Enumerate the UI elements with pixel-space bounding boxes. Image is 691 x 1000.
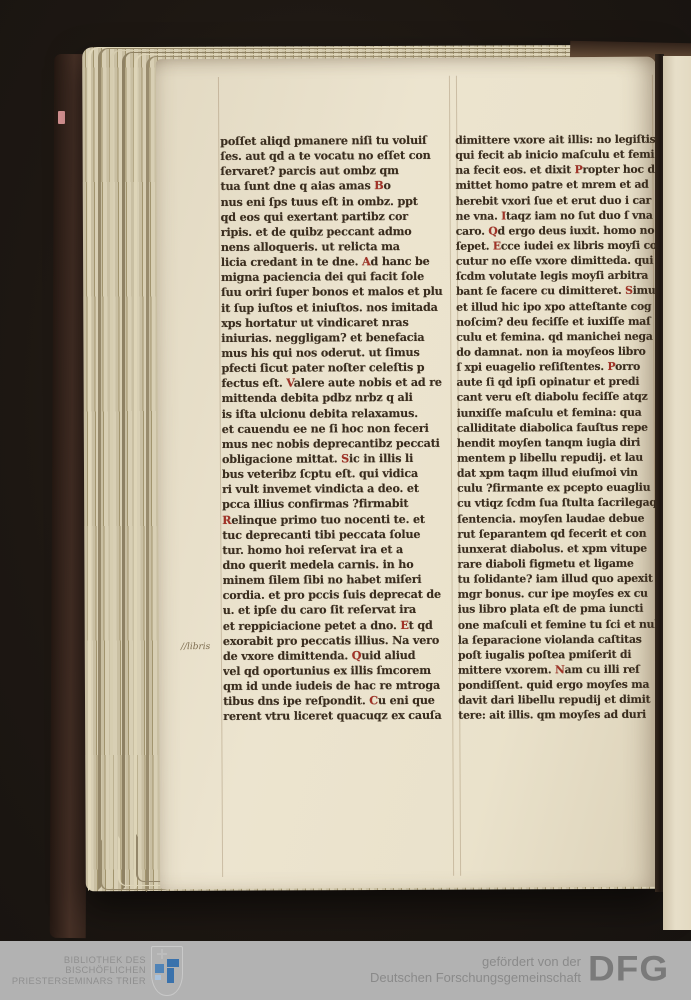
manuscript-line: xps hortatur ut vindicaret nras — [221, 314, 453, 330]
manuscript-line: qm id unde iudeis de hac re mtroga — [223, 678, 455, 694]
manuscript-line: aute ſi qd ipſi opinatur et predi — [456, 374, 656, 390]
manuscript-line: iunxerat diabolus. et xpm vitupe — [457, 540, 657, 556]
manuscript-line: bant ſe facere cu dimitteret. Simul — [456, 283, 656, 299]
manuscript-line: tu ſolidante? iam illud quo apexit — [458, 571, 658, 587]
manuscript-line: mittere vxorem. Nam cu illi reſ — [458, 662, 658, 678]
manuscript-line: vel qd oportunius ex illis ſmcorem — [223, 663, 455, 679]
manuscript-line: cutur no eſſe vxore dimitteda. qui — [456, 253, 656, 269]
funding-line2: Deutschen Forschungsgemeinschaft — [370, 970, 581, 986]
manuscript-line: ſepet. Ecce iudei ex libris moyſi coui — [456, 238, 656, 254]
manuscript-line: ſuu oriri ſuper bonos et malos et plu — [221, 284, 453, 300]
manuscript-line: qui fecit ab inicio maſculu et femi — [455, 147, 655, 163]
manuscript-line: ne vna. Itaqz iam no ſut duo ſ vna — [456, 207, 656, 223]
library-name-line2: BISCHÖFLICHEN — [0, 965, 146, 976]
manuscript-line: cant veru eſt diabolu feciſſe atqz — [457, 389, 657, 405]
manuscript-line: na fecit eos. et dixit Propter hoc di — [455, 162, 655, 178]
manuscript-line: ſ xpi euagelio reſiſtentes. Porro — [456, 359, 656, 375]
footer-banner: BIBLIOTHEK DES BISCHÖFLICHEN PRIESTERSEM… — [0, 941, 691, 1000]
manuscript-line: noſcim? deu feciſſe et iuxiſſe maſ — [456, 313, 656, 329]
manuscript-line: iunxiſſe maſculu et femina: qua — [457, 404, 657, 420]
manuscript-line: et illud hic ipo xpo atteſtante cog — [456, 298, 656, 314]
text-column-left: poſſet aliqd pmanere niſi tu voluiſſes. … — [220, 133, 455, 725]
library-shield-icon — [151, 946, 183, 996]
manuscript-line: rare diaboli figmetu et ligame — [457, 556, 657, 572]
manuscript-line: rut ſeparantem qd fecerit et con — [457, 525, 657, 541]
manuscript-line: it ſup iuſtos et iniuſtos. nos imitada — [221, 299, 453, 315]
manuscript-line: minem ſilem ſibi no habet miſeri — [223, 572, 455, 588]
manuscript-line: pfecti ſicut pater noſter celeſtis p — [221, 360, 453, 376]
cross-icon — [157, 953, 167, 955]
manuscript-line: mittet homo patre et mrem et ad — [455, 177, 655, 193]
manuscript-line: herebit vxori ſue et erut duo i car — [456, 192, 656, 208]
manuscript-line: tua ſunt dne q aias amas Bo — [220, 178, 452, 194]
manuscript-line: ripis. et de quibz peccant admo — [221, 224, 453, 240]
manuscript-line: dat xpm taqm illud eiuſmoi vin — [457, 465, 657, 481]
manuscript-line: mentem p libellu repudij. et lau — [457, 450, 657, 466]
library-name-line1: BIBLIOTHEK DES — [0, 955, 146, 966]
manuscript-line: poſſet aliqd pmanere niſi tu voluiſ — [220, 133, 452, 149]
facing-page-sliver — [663, 56, 691, 930]
funding-line1: gefördert von der — [370, 954, 581, 970]
manuscript-line: poſt iugalis poſtea pmiſerit di — [458, 646, 658, 662]
manuscript-line: migna paciencia dei qui facit ſole — [221, 269, 453, 285]
manuscript-line: culu et femina. qd manichei nega — [456, 329, 656, 345]
funding-credit: gefördert von der Deutschen Forschungsge… — [370, 954, 581, 985]
manuscript-line: tuc deprecanti tibi peccata ſolue — [222, 526, 454, 542]
manuscript-line: dno querit medela carnis. in ho — [222, 557, 454, 573]
manuscript-line: mittenda debita pdbz nrbz q ali — [222, 390, 454, 406]
manuscript-line: u. et ipſe du caro ſit reſervat ira — [223, 602, 455, 618]
logo-square-light — [155, 975, 161, 980]
manuscript-line: bus veteribz ſcptu eſt. qui vidica — [222, 466, 454, 482]
manuscript-line: ſes. aut qd a te vocatu no eſſet con — [220, 148, 452, 164]
manuscript-line: exorabit pro peccatis illius. Na vero — [223, 632, 455, 648]
manuscript-line: licia credant in te dne. Ad hanc be — [221, 254, 453, 270]
manuscript-line: rerent vtru liceret quacuqz ex cauſa — [223, 708, 455, 724]
manuscript-line: culu ?firmante ex pcepto euagliu — [457, 480, 657, 496]
library-name-line3: PRIESTERSEMINARS TRIER — [0, 976, 146, 987]
manuscript-line: dimittere vxore ait illis: no legiſtis q… — [455, 132, 655, 148]
manuscript-line: mus his qui nos oderut. ut ſimus — [221, 345, 453, 361]
text-column-right: dimittere vxore ait illis: no legiſtis q… — [455, 132, 658, 724]
manuscript-line: ſentencia. moyſen laudae debue — [457, 510, 657, 526]
manuscript-line: ſcdm volutate legis moyſi arbitra — [456, 268, 656, 284]
manuscript-line: one maſculi et femine tu ſci et nul — [458, 616, 658, 632]
library-logo-block: BIBLIOTHEK DES BISCHÖFLICHEN PRIESTERSEM… — [0, 941, 183, 1000]
manuscript-line: ius libro plata eſt de pma iuncti — [458, 601, 658, 617]
manuscript-line: de vxore dimittenda. Quid aliud — [223, 648, 455, 664]
manuscript-line: cordia. et pro pccis ſuis deprecat de — [223, 587, 455, 603]
logo-square — [155, 964, 164, 973]
manuscript-line: fectus eſt. Valere aute nobis et ad re — [221, 375, 453, 391]
manuscript-line: pcca illius confirmas ?firmabit — [222, 496, 454, 512]
manuscript-line: caro. Qd ergo deus iuxit. homo no — [456, 223, 656, 239]
manuscript-line: tibus dns ipe reſpondit. Cu eni que — [223, 693, 455, 709]
manuscript-line: tere: ait illis. qm moyſes ad duri — [458, 707, 658, 723]
manuscript-line: et cauendu ee ne ſi hoc non feceri — [222, 420, 454, 436]
manuscript-line: Relinque primo tuo nocenti te. et — [222, 511, 454, 527]
manuscript-line: cu vtiqz ſcdm ſua ſtulta ſacrilegaqz — [457, 495, 657, 511]
manuscript-line: hendit moyſen tanqm iugia diri — [457, 435, 657, 451]
manuscript-line: la ſeparacione violanda caſtitas — [458, 631, 658, 647]
manuscript-line: obligacione mittat. Sic in illis li — [222, 451, 454, 467]
manuscript-line: is iſta ulcionu debita relaxamus. — [222, 405, 454, 421]
manuscript-line: et reppiciacione petet a dno. Et qd — [223, 617, 455, 633]
manuscript-scan-photo: poſſet aliqd pmanere niſi tu voluiſſes. … — [0, 0, 691, 1000]
manuscript-line: calliditate diabolica fauſtus repe — [457, 419, 657, 435]
manuscript-line: qd eos qui exertant partibz cor — [221, 208, 453, 224]
logo-f-shape — [167, 968, 174, 983]
logo-f-shape — [167, 959, 179, 967]
manuscript-line: mus nec nobis deprecantibz peccati — [222, 436, 454, 452]
marginal-note: //libris — [181, 642, 210, 652]
manuscript-line: davit dari libellu repudij et dimit — [458, 692, 658, 708]
pink-marker-tab — [58, 111, 65, 124]
manuscript-line: ri vult invemet vindicta a deo. et — [222, 481, 454, 497]
manuscript-line: iniurias. neggligam? et benefacia — [221, 330, 453, 346]
manuscript-page: poſſet aliqd pmanere niſi tu voluiſſes. … — [156, 57, 660, 890]
manuscript-line: ſervaret? parcis aut ombz qm — [220, 163, 452, 179]
library-name: BIBLIOTHEK DES BISCHÖFLICHEN PRIESTERSEM… — [0, 955, 146, 987]
manuscript-line: do damnat. non ia moyſeos libro — [456, 344, 656, 360]
manuscript-line: nens alloqueris. ut relicta ma — [221, 239, 453, 255]
manuscript-line: mgr bonus. cur ipe moyſes ex cu — [458, 586, 658, 602]
dfg-logo: DFG — [588, 949, 669, 989]
manuscript-line: pondiſſent. quid ergo moyſes ma — [458, 677, 658, 693]
manuscript-line: tur. homo hoi reſervat ira et a — [222, 542, 454, 558]
manuscript-line: nus eni ſps tuus eſt in ombz. ppt — [221, 193, 453, 209]
